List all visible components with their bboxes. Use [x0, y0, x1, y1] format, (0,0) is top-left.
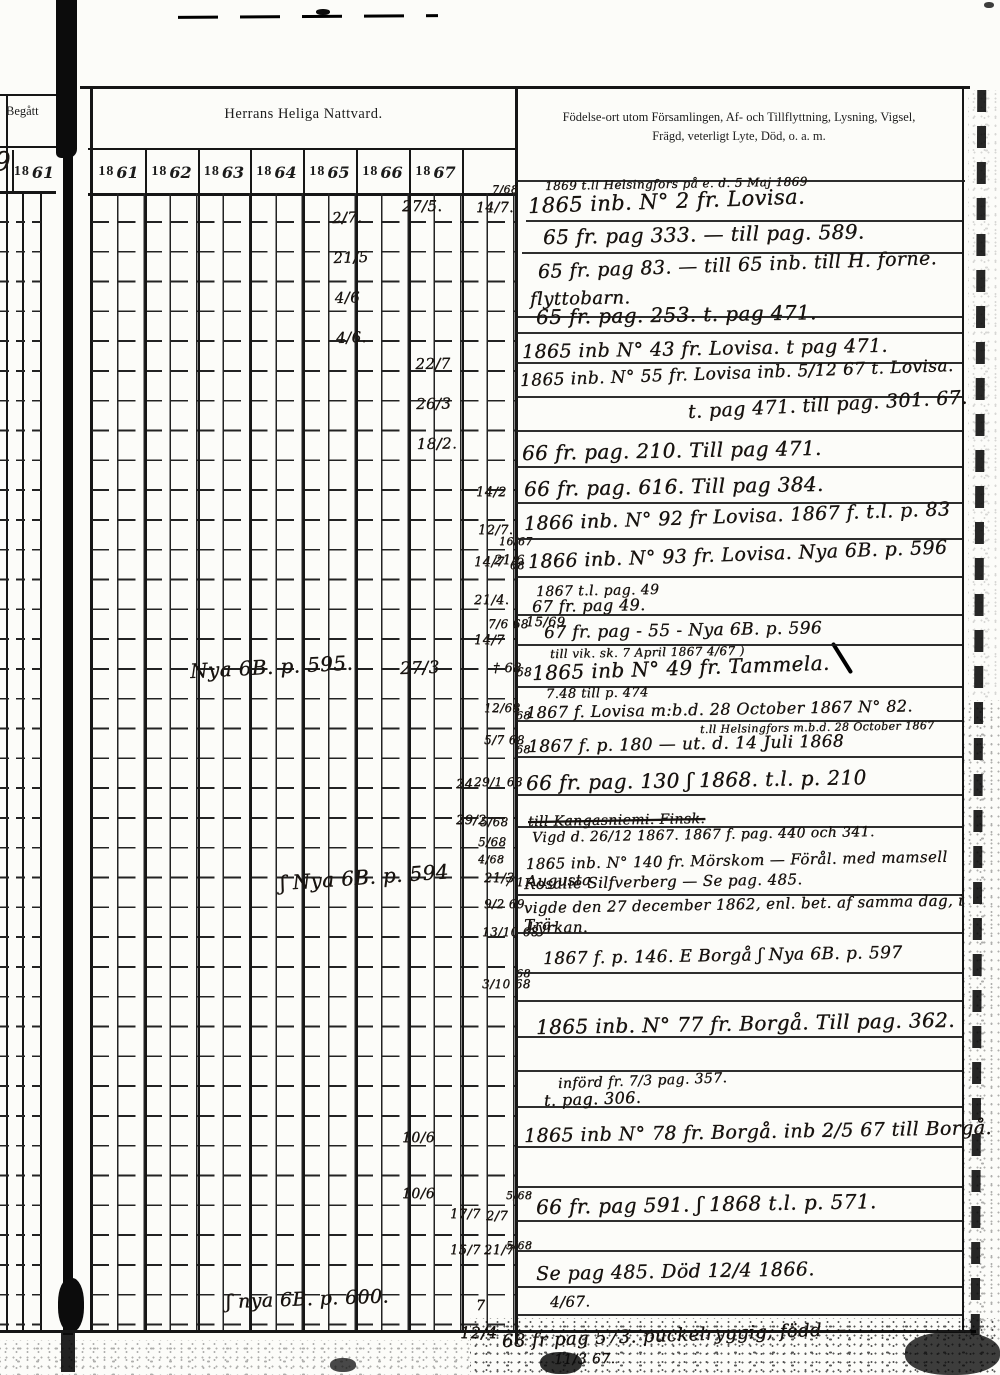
year-boundary — [250, 148, 252, 1330]
scan-dash-marks — [178, 14, 438, 19]
margin-date-mark: 68 — [516, 666, 532, 680]
margin-date-mark: 21/4. — [474, 594, 509, 609]
grid-date-mark: 10/6 — [402, 1130, 435, 1146]
margin-date-mark: 7 1 — [504, 876, 524, 890]
year-header-1866: 1866 — [356, 152, 409, 192]
margin-date-mark: 2/7 — [486, 1210, 508, 1225]
year-boundary — [198, 148, 200, 1330]
margin-date-mark: 7/6 68 — [488, 618, 529, 632]
gutter-bar-top — [56, 0, 77, 158]
noise-right-strip-upper — [968, 90, 998, 700]
handwritten-note: 1867 f. Lovisa m:b.d. 28 October 1867 N°… — [526, 697, 913, 722]
right-column-title: Födelse-ort utom Församlingen, Af- och T… — [520, 108, 958, 147]
ruled-line — [516, 972, 962, 974]
ruled-line — [516, 1220, 962, 1222]
communion-title: Herrans Heliga Nattvard. — [92, 106, 515, 123]
ruled-line — [516, 1070, 962, 1072]
noise-right-strip — [964, 700, 1000, 1340]
handwritten-note: Rosalie Silfverberg — Se pag. 485. — [524, 871, 803, 893]
ruled-line — [516, 466, 962, 468]
gutter-blob — [58, 1278, 84, 1332]
noise-bottom-light — [0, 1340, 470, 1375]
year-header-left-1861: 18 61 — [12, 152, 56, 192]
grid-date-mark: 2/7. 21/5 4/6 4/6. — [331, 197, 372, 358]
left-section-top-border — [0, 94, 56, 96]
year-boundary — [462, 148, 464, 1330]
gutter-line — [63, 150, 73, 1335]
margin-date-mark: 15/7 — [450, 1244, 481, 1259]
handwritten-note: 67 fr. pag 49. — [532, 596, 646, 616]
cutoff-script-mark: 9 — [0, 148, 11, 178]
handwritten-note: 66 fr. pag. 616. Till pag 384. — [524, 473, 824, 501]
handwritten-note: 1866 inb. N° 93 fr. Lovisa. Nya 6B. p. 5… — [528, 537, 948, 573]
year-boundary — [409, 148, 411, 1330]
margin-date-mark: 5/68 — [480, 816, 509, 830]
ruled-line — [516, 430, 962, 432]
grid-date-mark: 22/7 26/3 18/2. — [415, 343, 458, 464]
handwritten-note: 4/67. — [550, 1293, 591, 1311]
ruled-line — [516, 576, 962, 578]
handwritten-note: t. pag. 306. — [544, 1089, 642, 1111]
ruled-line — [516, 794, 962, 796]
noise-blotch — [330, 1358, 356, 1372]
ruled-line — [516, 1000, 962, 1002]
year-row-top-main — [88, 148, 515, 150]
handwritten-note: Se pag 485. Död 12/4 1866. — [536, 1259, 815, 1286]
table-top-border — [80, 86, 970, 89]
margin-date-mark: 7/68 — [492, 184, 518, 197]
margin-date-mark: 21/7 — [484, 1244, 515, 1259]
handwritten-note: vigde den 27 december 1862, enl. bet. af… — [524, 892, 1000, 935]
ruled-line — [516, 1250, 962, 1252]
year-boundary — [303, 148, 305, 1330]
year-header-1862: 1862 — [145, 152, 198, 192]
handwritten-note: 1865 inb N° 78 fr. Borgå. inb 2/5 67 til… — [524, 1118, 992, 1148]
noise-corner-blotch — [905, 1332, 1000, 1375]
margin-date-mark: 68 — [516, 968, 531, 981]
margin-date-mark: 68 — [510, 560, 525, 573]
year-header-1864: 1864 — [250, 152, 303, 192]
scan-speck — [316, 9, 330, 15]
handwritten-note: 65 fr. pag. 253. t. pag 471. — [536, 301, 817, 329]
year-header-1863: 1863 — [198, 152, 250, 192]
margin-date-mark: 17/7 — [450, 1208, 481, 1223]
year-boundary — [145, 148, 147, 1330]
right-title-line2: Frägd, veterligt Lyte, Död, o. a. m. — [652, 129, 826, 143]
ruled-line — [516, 1314, 962, 1316]
margin-date-mark: 29/1 68 — [474, 776, 523, 790]
scanned-parish-register-page: Begått 9 18 61 Herrans Heliga Nattvard. … — [0, 0, 1000, 1375]
scan-speck — [984, 2, 994, 8]
margin-date-mark: 5/68 — [478, 836, 507, 850]
year-header-1865: 1865 — [303, 152, 356, 192]
right-title-line1: Födelse-ort utom Församlingen, Af- och T… — [563, 110, 916, 124]
ruled-line — [516, 332, 962, 334]
left-mini-grid-rows — [0, 193, 46, 1330]
handwritten-note: 66 fr. pag. 210. Till pag 471. — [522, 437, 822, 465]
handwritten-note: 1865 inb. N° 77 fr. Borgå. Till pag. 362… — [536, 1009, 955, 1039]
handwritten-note: kyrkan. — [528, 919, 588, 937]
handwritten-note: 1866 inb. N° 92 fr Lovisa. 1867 f. t.l. … — [524, 499, 951, 536]
year-header-1861: 1861 — [92, 152, 145, 192]
margin-date-mark: 9/2 69 — [484, 898, 525, 912]
grid-date-mark: 10/6 — [402, 1186, 435, 1202]
handwritten-note: 65 fr. pag 333. — till pag. 589. — [543, 220, 865, 249]
margin-date-mark: 24 — [456, 778, 473, 793]
handwritten-note: 67 fr. pag - 55 - Nya 6B. p. 596 — [544, 619, 822, 643]
margin-date-mark: 14/2 — [476, 486, 507, 501]
year-header-1867: 1867 — [409, 152, 462, 192]
beg-label: Begått — [6, 104, 39, 119]
margin-date-mark: 14/7 — [474, 634, 505, 649]
ruled-line — [516, 1186, 962, 1188]
handwritten-note: 66 fr. pag 591. ʃ 1868 t.l. p. 571. — [536, 1190, 877, 1219]
noise-blotch — [540, 1352, 582, 1374]
margin-date-mark: 7 — [476, 1298, 485, 1314]
margin-date-mark: 5/68 — [506, 1190, 532, 1203]
handwritten-note: 66 fr. pag. 130 ʃ 1868. t.l. p. 210 — [526, 766, 867, 795]
margin-date-mark: 14/7. — [476, 200, 514, 216]
grid-date-mark: 27/3 — [400, 659, 440, 680]
handwritten-note: 1867 f. p. 146. E Borgå ʃ Nya 6B. p. 597 — [543, 944, 903, 970]
handwritten-note: t. pag 471. till pag. 301. 67. — [687, 387, 968, 423]
ruled-line — [516, 1286, 962, 1288]
margin-date-mark: 4/68 — [478, 854, 504, 867]
grid-date-mark: 27/5. — [402, 198, 442, 215]
ink-stroke — [831, 642, 853, 675]
handwritten-note: 1867 f. p. 180 — ut. d. 14 Juli 1868 — [528, 732, 844, 757]
